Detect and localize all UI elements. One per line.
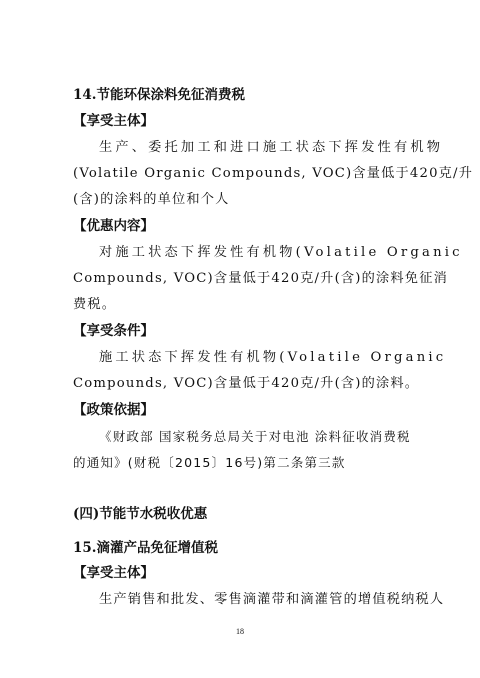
paragraph-line: 对施工状态下挥发性有机物(Volatile Organic	[99, 244, 463, 262]
category-heading: (四)节能节水税收优惠	[73, 505, 207, 523]
section-title: 14.节能环保涂料免征消费税	[73, 86, 245, 104]
paragraph-line: 施工状态下挥发性有机物(Volatile Organic	[99, 349, 446, 367]
paragraph-line: 的通知》(财税〔2015〕16号)第二条第三款	[73, 454, 346, 472]
block-label: 【享受主体】	[73, 112, 154, 130]
paragraph-line: 费税。	[73, 296, 116, 314]
block-label: 【政策依据】	[73, 401, 154, 419]
block-label: 【优惠内容】	[73, 217, 154, 235]
section-title: 15.滴灌产品免征增值税	[73, 539, 218, 557]
block-label: 【享受条件】	[73, 322, 154, 340]
paragraph-line: (含)的涂料的单位和个人	[73, 191, 230, 209]
paragraph-line: 生产、委托加工和进口施工状态下挥发性有机物	[99, 139, 443, 157]
paragraph-line: Compounds, VOC)含量低于420克/升(含)的涂料。	[73, 375, 419, 393]
page-number: 18	[0, 627, 480, 636]
paragraph-line: 生产销售和批发、零售滴灌带和滴灌管的增值税纳税人	[99, 591, 444, 609]
paragraph-line: 《财政部 国家税务总局关于对电池 涂料征收消费税	[99, 428, 411, 446]
block-label: 【享受主体】	[73, 564, 154, 582]
paragraph-line: (Volatile Organic Compounds, VOC)含量低于420…	[73, 165, 473, 183]
paragraph-line: Compounds, VOC)含量低于420克/升(含)的涂料免征消	[73, 270, 448, 288]
